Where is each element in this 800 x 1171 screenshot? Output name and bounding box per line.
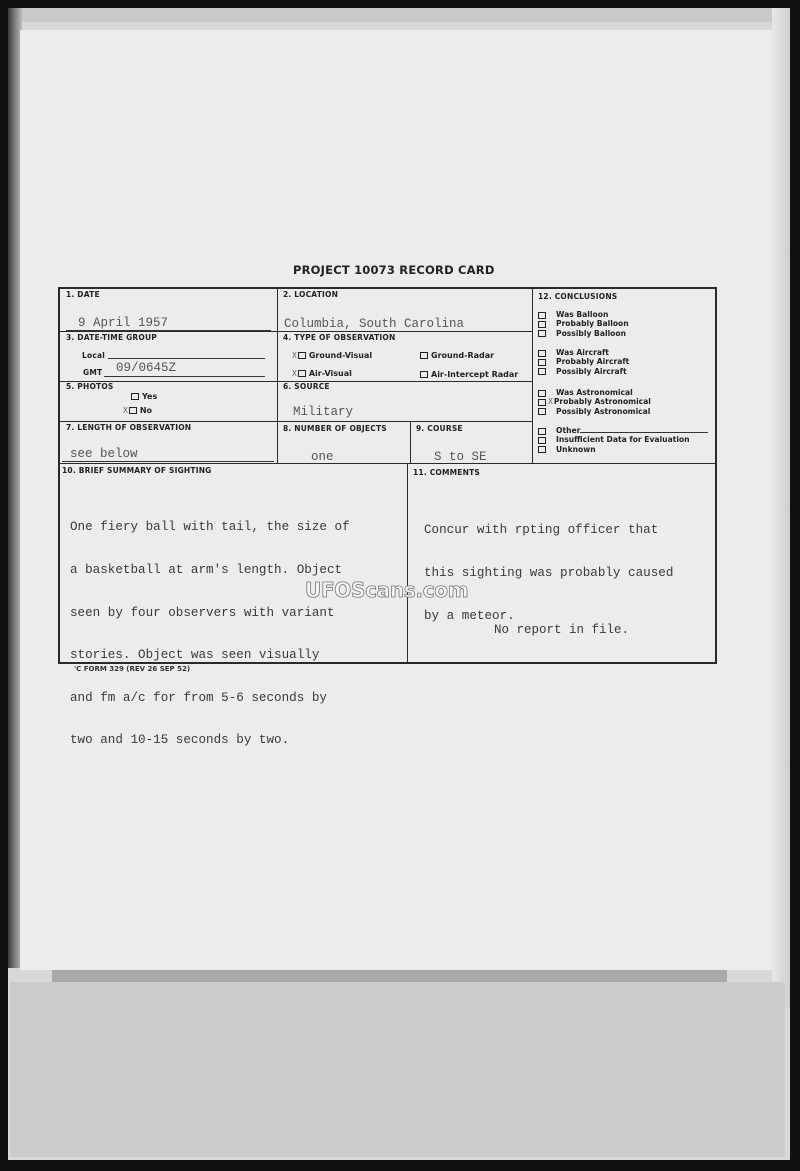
gmt-underline: [104, 376, 265, 377]
option-label: No: [140, 406, 152, 415]
backing-sheet-right-edge: [772, 8, 790, 1008]
form-number: 'C FORM 329 (REV 26 SEP 52): [74, 665, 190, 673]
checkbox-icon: [129, 407, 137, 414]
date-value: 9 April 1957: [78, 316, 168, 330]
conclusion-label: Was Aircraft: [556, 348, 609, 357]
checkbox-icon: [538, 350, 546, 357]
option-air-intercept-radar[interactable]: Air-Intercept Radar: [420, 370, 518, 379]
conclusions-group-balloon: Was Balloon Probably Balloon Possibly Ba…: [538, 310, 629, 338]
photos-option-no[interactable]: XNo: [123, 406, 152, 415]
length-of-observation-label: 7. LENGTH OF OBSERVATION: [66, 423, 191, 432]
conclusions-group-astronomical: Was Astronomical XProbably Astronomical …: [538, 388, 651, 416]
conclusion-possibly-balloon[interactable]: Possibly Balloon: [538, 329, 629, 338]
divider: [277, 288, 278, 463]
conclusion-label: Other: [556, 426, 580, 435]
checkbox-icon: [538, 368, 546, 375]
checkbox-icon: [538, 399, 546, 406]
option-label: Yes: [142, 392, 157, 401]
date-time-group-label: 3. DATE-TIME GROUP: [66, 333, 157, 342]
option-label: Air-Intercept Radar: [431, 370, 518, 379]
photos-label: 5. PHOTOS: [66, 382, 114, 391]
check-mark: X: [548, 397, 553, 406]
summary-line: a basketball at arm's length. Object: [70, 563, 350, 577]
check-mark: X: [292, 351, 297, 360]
conclusions-label: 12. CONCLUSIONS: [538, 292, 617, 301]
gmt-label: GMT: [83, 368, 102, 377]
option-air-visual[interactable]: XAir-Visual: [292, 369, 352, 378]
conclusion-label: Was Balloon: [556, 310, 608, 319]
option-label: Ground-Visual: [309, 351, 372, 360]
source-label: 6. SOURCE: [283, 382, 330, 391]
source-value: Military: [293, 405, 353, 419]
conclusions-group-other: Other Insufficient Data for Evaluation U…: [538, 426, 708, 454]
conclusion-label: Possibly Balloon: [556, 329, 626, 338]
number-of-objects-value: one: [311, 450, 334, 464]
conclusion-label: Probably Astronomical: [554, 397, 651, 406]
backing-sheet-top-edge: [8, 8, 778, 22]
length-underline: [62, 461, 274, 462]
divider: [407, 463, 408, 663]
local-time-underline: [108, 358, 265, 359]
conclusion-label: Possibly Aircraft: [556, 367, 627, 376]
divider: [532, 288, 533, 463]
conclusion-probably-aircraft[interactable]: Probably Aircraft: [538, 357, 629, 366]
other-underline: [580, 432, 708, 433]
checkbox-icon: [538, 446, 546, 453]
course-value: S to SE: [434, 450, 487, 464]
page-shadow: [52, 968, 727, 982]
divider: [410, 421, 411, 463]
gmt-value: 09/0645Z: [116, 361, 176, 375]
conclusion-possibly-astronomical[interactable]: Possibly Astronomical: [538, 407, 651, 416]
conclusion-label: Possibly Astronomical: [556, 407, 650, 416]
type-of-observation-label: 4. TYPE OF OBSERVATION: [283, 333, 395, 342]
watermark: UFOScans.com: [305, 578, 468, 602]
option-ground-visual[interactable]: XGround-Visual: [292, 351, 372, 360]
summary-text: One fiery ball with tail, the size of a …: [70, 492, 350, 762]
conclusion-label: Insufficient Data for Evaluation: [556, 435, 690, 444]
local-time-label: Local: [82, 351, 105, 360]
comments-label: 11. COMMENTS: [413, 468, 480, 477]
location-value: Columbia, South Carolina: [284, 317, 464, 331]
check-mark: X: [123, 406, 128, 415]
check-mark: X: [292, 369, 297, 378]
conclusion-was-astronomical[interactable]: Was Astronomical: [538, 388, 651, 397]
conclusion-label: Was Astronomical: [556, 388, 633, 397]
checkbox-icon: [538, 408, 546, 415]
option-ground-radar[interactable]: Ground-Radar: [420, 351, 494, 360]
course-label: 9. COURSE: [416, 424, 463, 433]
checkbox-icon: [538, 390, 546, 397]
divider: [59, 463, 716, 464]
card-title: PROJECT 10073 RECORD CARD: [293, 263, 495, 277]
summary-line: two and 10-15 seconds by two.: [70, 733, 350, 747]
divider: [59, 331, 533, 332]
checkbox-icon: [538, 428, 546, 435]
length-of-observation-value: see below: [70, 447, 138, 461]
checkbox-icon: [538, 437, 546, 444]
date-label: 1. DATE: [66, 290, 100, 299]
conclusion-possibly-aircraft[interactable]: Possibly Aircraft: [538, 367, 629, 376]
checkbox-icon: [298, 352, 306, 359]
conclusion-probably-balloon[interactable]: Probably Balloon: [538, 319, 629, 328]
conclusion-label: Unknown: [556, 445, 596, 454]
comments-note: No report in file.: [494, 623, 629, 637]
backing-sheet-lower: [10, 982, 785, 1157]
checkbox-icon: [538, 321, 546, 328]
date-underline: [66, 330, 271, 331]
checkbox-icon: [538, 330, 546, 337]
conclusion-other[interactable]: Other: [538, 426, 708, 435]
checkbox-icon: [420, 352, 428, 359]
conclusions-group-aircraft: Was Aircraft Probably Aircraft Possibly …: [538, 348, 629, 376]
conclusion-unknown[interactable]: Unknown: [538, 445, 708, 454]
checkbox-icon: [131, 393, 139, 400]
summary-line: and fm a/c for from 5-6 seconds by: [70, 691, 350, 705]
option-label: Ground-Radar: [431, 351, 494, 360]
option-label: Air-Visual: [309, 369, 352, 378]
conclusion-label: Probably Aircraft: [556, 357, 629, 366]
divider: [59, 421, 533, 422]
comments-line: Concur with rpting officer that: [424, 523, 673, 537]
conclusion-was-aircraft[interactable]: Was Aircraft: [538, 348, 629, 357]
number-of-objects-label: 8. NUMBER OF OBJECTS: [283, 424, 387, 433]
conclusion-label: Probably Balloon: [556, 319, 629, 328]
conclusion-was-balloon[interactable]: Was Balloon: [538, 310, 629, 319]
comments-text: Concur with rpting officer that this sig…: [424, 495, 673, 637]
photos-option-yes[interactable]: Yes: [131, 392, 157, 401]
location-label: 2. LOCATION: [283, 290, 338, 299]
summary-label: 10. BRIEF SUMMARY OF SIGHTING: [62, 466, 212, 475]
conclusion-insufficient-data[interactable]: Insufficient Data for Evaluation: [538, 435, 708, 444]
summary-line: seen by four observers with variant: [70, 606, 350, 620]
checkbox-icon: [298, 370, 306, 377]
checkbox-icon: [420, 371, 428, 378]
comments-line: by a meteor.: [424, 609, 673, 623]
checkbox-icon: [538, 359, 546, 366]
conclusion-probably-astronomical[interactable]: XProbably Astronomical: [538, 397, 651, 406]
summary-line: One fiery ball with tail, the size of: [70, 520, 350, 534]
checkbox-icon: [538, 312, 546, 319]
summary-line: stories. Object was seen visually: [70, 648, 350, 662]
